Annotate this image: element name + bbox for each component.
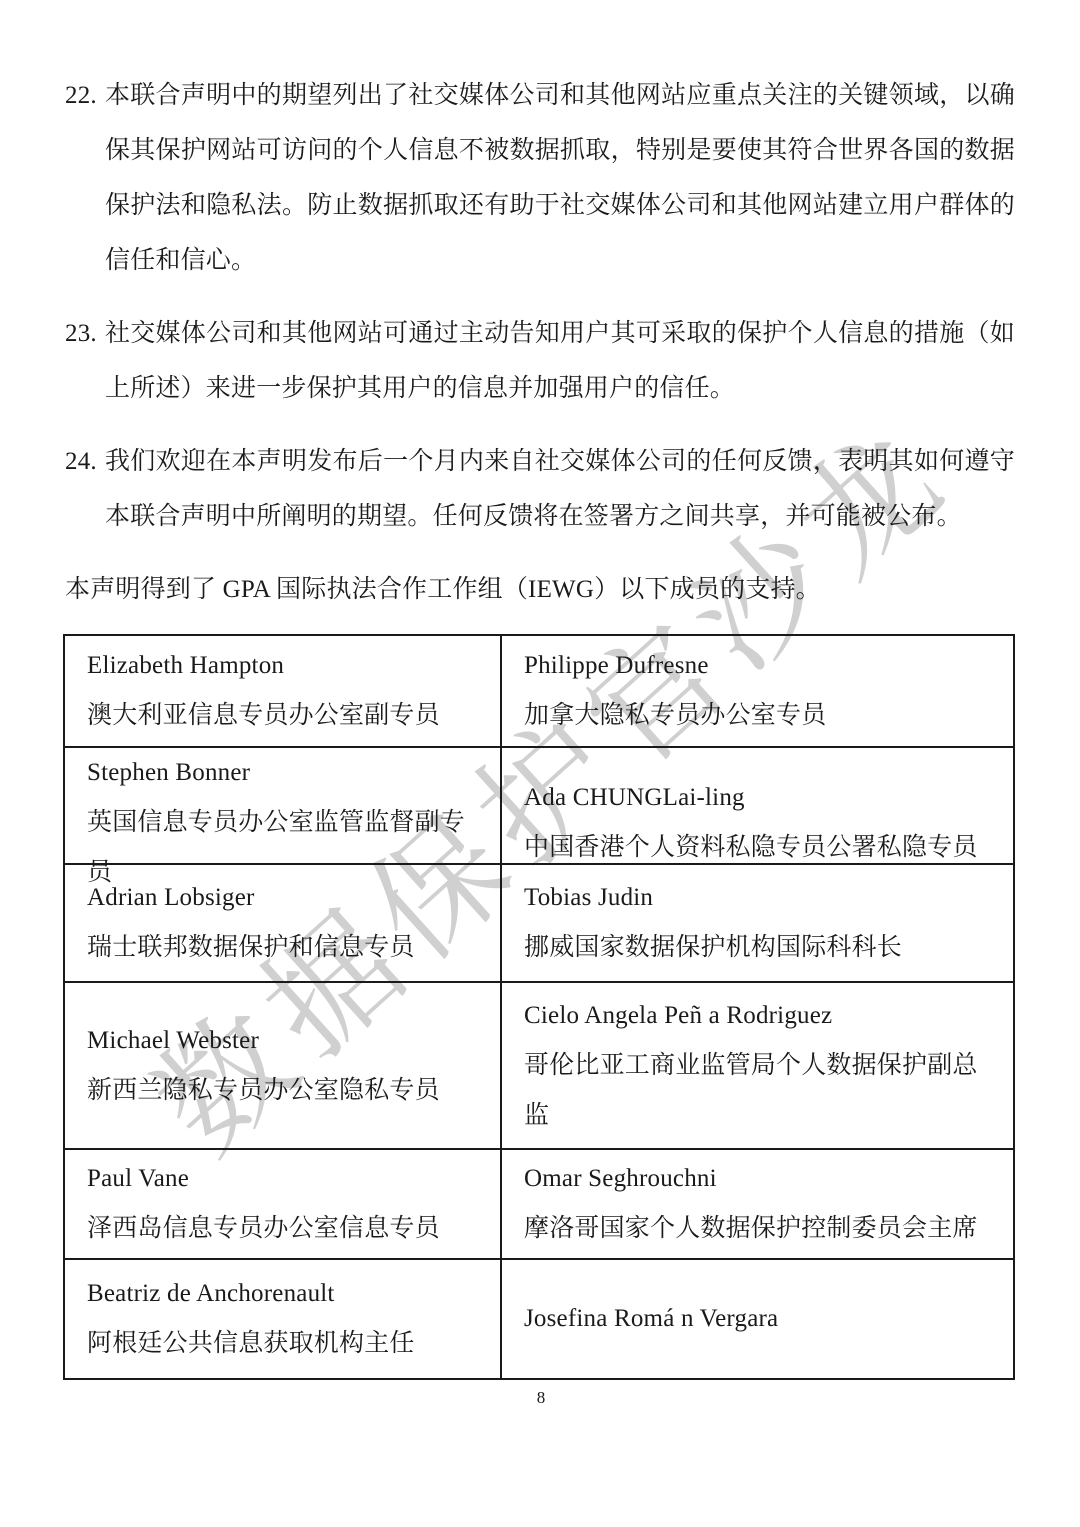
document-page: 22. 本联合声明中的期望列出了社交媒体公司和其他网站应重点关注的关键领域，以确… [0,0,1080,1413]
table-cell-left: Michael Webster 新西兰隐私专员办公室隐私专员 [65,983,502,1148]
member-title: 新西兰隐私专员办公室隐私专员 [87,1066,488,1116]
paragraph-number: 24. [65,434,105,489]
table-cell-left: Adrian Lobsiger 瑞士联邦数据保护和信息专员 [65,865,502,981]
paragraph-text: 本联合声明中的期望列出了社交媒体公司和其他网站应重点关注的关键领域，以确保其保护… [105,68,1015,288]
member-name: Adrian Lobsiger [87,873,488,923]
member-title: 哥伦比亚工商业监管局个人数据保护副总监 [524,1041,1001,1141]
table-cell-right: Josefina Romá n Vergara [502,1260,1013,1378]
paragraph-text: 我们欢迎在本声明发布后一个月内来自社交媒体公司的任何反馈，表明其如何遵守本联合声… [105,434,1015,544]
paragraph-number: 22. [65,68,105,123]
paragraph-23: 23. 社交媒体公司和其他网站可通过主动告知用户其可采取的保护个人信息的措施（如… [65,306,1015,416]
table-row: Stephen Bonner 英国信息专员办公室监管监督副专员 Ada CHUN… [65,748,1013,865]
table-cell-left: Elizabeth Hampton 澳大利亚信息专员办公室副专员 [65,636,502,746]
table-cell-left: Paul Vane 泽西岛信息专员办公室信息专员 [65,1150,502,1258]
member-name: Cielo Angela Peñ a Rodriguez [524,991,1001,1041]
member-name: Philippe Dufresne [524,641,1001,691]
table-row: Michael Webster 新西兰隐私专员办公室隐私专员 Cielo Ang… [65,983,1013,1150]
paragraph-text: 社交媒体公司和其他网站可通过主动告知用户其可采取的保护个人信息的措施（如上所述）… [105,306,1015,416]
table-row: Beatriz de Anchorenault 阿根廷公共信息获取机构主任 Jo… [65,1260,1013,1378]
member-name: Elizabeth Hampton [87,641,488,691]
member-name: Tobias Judin [524,873,1001,923]
table-cell-right: Omar Seghrouchni 摩洛哥国家个人数据保护控制委员会主席 [502,1150,1013,1258]
member-name: Omar Seghrouchni [524,1154,1001,1204]
intro-text: 本声明得到了 GPA 国际执法合作工作组（IEWG）以下成员的支持。 [65,562,1015,617]
table-row: Paul Vane 泽西岛信息专员办公室信息专员 Omar Seghrouchn… [65,1150,1013,1260]
table-cell-right: Philippe Dufresne 加拿大隐私专员办公室专员 [502,636,1013,746]
member-title: 加拿大隐私专员办公室专员 [524,691,1001,741]
paragraph-22: 22. 本联合声明中的期望列出了社交媒体公司和其他网站应重点关注的关键领域，以确… [65,68,1015,288]
member-title: 阿根廷公共信息获取机构主任 [87,1319,488,1369]
member-name: Josefina Romá n Vergara [524,1294,1001,1344]
member-name: Michael Webster [87,1016,488,1066]
table-row: Adrian Lobsiger 瑞士联邦数据保护和信息专员 Tobias Jud… [65,865,1013,983]
member-name: Paul Vane [87,1154,488,1204]
page-number: 8 [65,1383,1017,1413]
table-row: Elizabeth Hampton 澳大利亚信息专员办公室副专员 Philipp… [65,636,1013,748]
paragraph-number: 23. [65,306,105,361]
member-name: Stephen Bonner [87,748,488,798]
supporters-table: Elizabeth Hampton 澳大利亚信息专员办公室副专员 Philipp… [63,634,1015,1380]
member-title: 瑞士联邦数据保护和信息专员 [87,923,488,973]
member-title: 澳大利亚信息专员办公室副专员 [87,691,488,741]
member-title: 挪威国家数据保护机构国际科科长 [524,923,1001,973]
member-title: 泽西岛信息专员办公室信息专员 [87,1204,488,1254]
member-name: Ada CHUNGLai-ling [524,773,1001,823]
paragraph-24: 24. 我们欢迎在本声明发布后一个月内来自社交媒体公司的任何反馈，表明其如何遵守… [65,434,1015,544]
table-cell-right: Cielo Angela Peñ a Rodriguez 哥伦比亚工商业监管局个… [502,983,1013,1148]
member-name: Beatriz de Anchorenault [87,1269,488,1319]
table-cell-right: Tobias Judin 挪威国家数据保护机构国际科科长 [502,865,1013,981]
table-cell-left: Beatriz de Anchorenault 阿根廷公共信息获取机构主任 [65,1260,502,1378]
member-title: 摩洛哥国家个人数据保护控制委员会主席 [524,1204,1001,1254]
